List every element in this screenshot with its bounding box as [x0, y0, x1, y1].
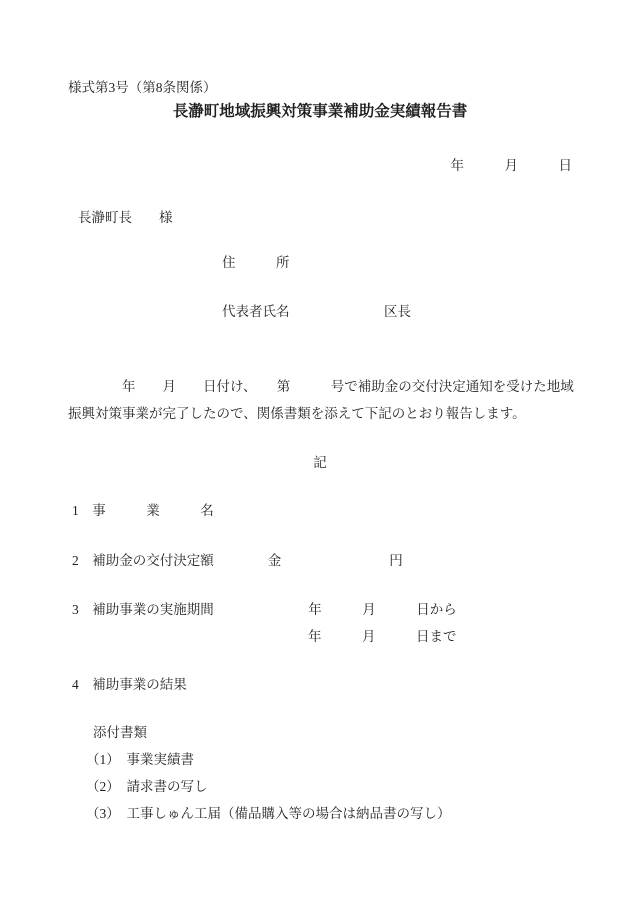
item-grant-amount: 2 補助金の交付決定額 金 円: [72, 551, 572, 570]
representative-line: 代表者氏名 区長: [222, 302, 572, 321]
attachment-item-1: （1） 事業実績書: [86, 746, 572, 773]
document-page: 様式第3号（第8条関係） 長瀞町地域振興対策事業補助金実績報告書 年 月 日 長…: [0, 0, 630, 903]
ki-heading: 記: [68, 453, 572, 472]
attachments-list: （1） 事業実績書 （2） 請求書の写し （3） 工事しゅん工届（備品購入等の場…: [68, 746, 572, 827]
recipient-line: 長瀞町長 様: [78, 208, 572, 227]
item-project-name: 1 事 業 名: [72, 501, 572, 520]
body-paragraph: 年 月 日付け、 第 号で補助金の交付決定通知を受けた地域振興対策事業が完了した…: [68, 373, 572, 427]
form-number: 様式第3号（第8条関係）: [68, 78, 572, 97]
item-period-from: 3 補助事業の実施期間 年 月 日から: [72, 596, 572, 623]
attachments-heading: 添付書類: [93, 723, 572, 742]
item-period: 3 補助事業の実施期間 年 月 日から 年 月 日まで: [72, 596, 572, 650]
attachment-item-2: （2） 請求書の写し: [86, 773, 572, 800]
item-period-to: 年 月 日まで: [308, 623, 572, 650]
body-line-1: 年 月 日付け、 第 号で補助金の交付決定通知を受けた地域: [68, 379, 574, 394]
attachment-item-3: （3） 工事しゅん工届（備品購入等の場合は納品書の写し）: [86, 800, 572, 827]
item-result: 4 補助事業の結果: [72, 675, 572, 694]
date-line: 年 月 日: [68, 156, 572, 175]
body-line-2: 振興対策事業が完了したので、関係書類を添えて下記のとおり報告します。: [68, 406, 526, 421]
document-title: 長瀞町地域振興対策事業補助金実績報告書: [68, 101, 572, 123]
address-label: 住 所: [222, 253, 572, 272]
